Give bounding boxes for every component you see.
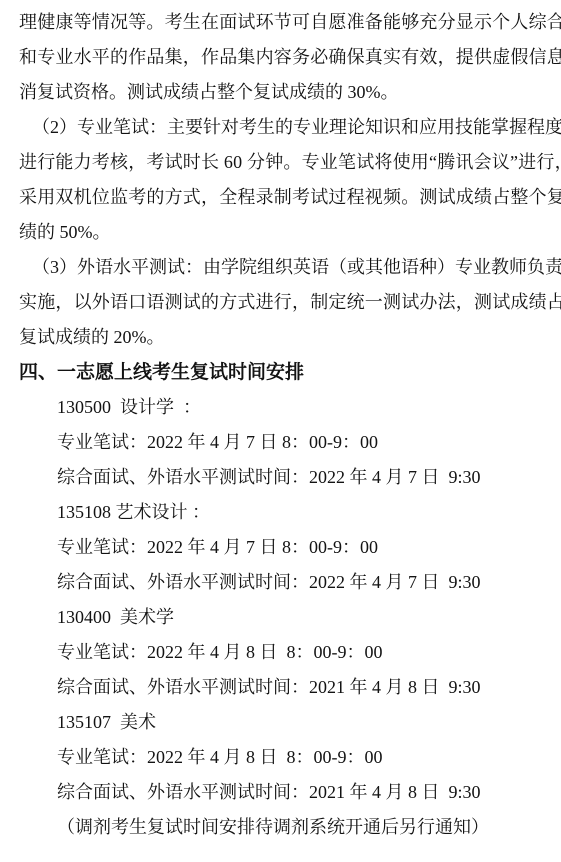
text-line: 采用双机位监考的方式，全程录制考试过程视频。测试成绩占整个复试成 <box>0 180 561 215</box>
schedule-line: 专业笔试：2022 年 4 月 8 日 8：00-9：00 <box>0 740 561 775</box>
schedule-line: 135107 美术 <box>0 705 561 740</box>
schedule-line: 专业笔试：2022 年 4 月 8 日 8：00-9：00 <box>0 635 561 670</box>
text-line: 复试成绩的 20%。 <box>0 320 561 355</box>
text-line: 和专业水平的作品集，作品集内容务必确保真实有效，提供虚假信息将取 <box>0 40 561 75</box>
schedule-line: 综合面试、外语水平测试时间：2021 年 4 月 8 日 9:30 <box>0 670 561 705</box>
document-body: 理健康等情况等。考生在面试环节可自愿准备能够充分显示个人综合能力和专业水平的作品… <box>0 5 561 845</box>
document-page: 理健康等情况等。考生在面试环节可自愿准备能够充分显示个人综合能力和专业水平的作品… <box>0 0 561 862</box>
text-line: 理健康等情况等。考生在面试环节可自愿准备能够充分显示个人综合能力 <box>0 5 561 40</box>
schedule-line: 综合面试、外语水平测试时间：2022 年 4 月 7 日 9:30 <box>0 460 561 495</box>
text-line: 实施，以外语口语测试的方式进行，制定统一测试办法，测试成绩占整个 <box>0 285 561 320</box>
note-line: （调剂考生复试时间安排待调剂系统开通后另行通知） <box>0 810 561 845</box>
schedule-line: 综合面试、外语水平测试时间：2021 年 4 月 8 日 9:30 <box>0 775 561 810</box>
text-line: 消复试资格。测试成绩占整个复试成绩的 30%。 <box>0 75 561 110</box>
schedule-line: 135108 艺术设计 ： <box>0 495 561 530</box>
text-line: （2）专业笔试：主要针对考生的专业理论知识和应用技能掌握程度 <box>0 110 561 145</box>
schedule-line: 130500 设计学 ： <box>0 390 561 425</box>
schedule-line: 综合面试、外语水平测试时间：2022 年 4 月 7 日 9:30 <box>0 565 561 600</box>
text-line: 绩的 50%。 <box>0 215 561 250</box>
text-line: 进行能力考核，考试时长 60 分钟。专业笔试将使用“腾讯会议”进行， <box>0 145 561 180</box>
schedule-line: 130400 美术学 <box>0 600 561 635</box>
text-line: （3）外语水平测试：由学院组织英语（或其他语种）专业教师负责 <box>0 250 561 285</box>
schedule-line: 专业笔试：2022 年 4 月 7 日 8：00-9：00 <box>0 425 561 460</box>
section-heading: 四、一志愿上线考生复试时间安排 <box>0 355 561 390</box>
schedule-line: 专业笔试：2022 年 4 月 7 日 8：00-9：00 <box>0 530 561 565</box>
